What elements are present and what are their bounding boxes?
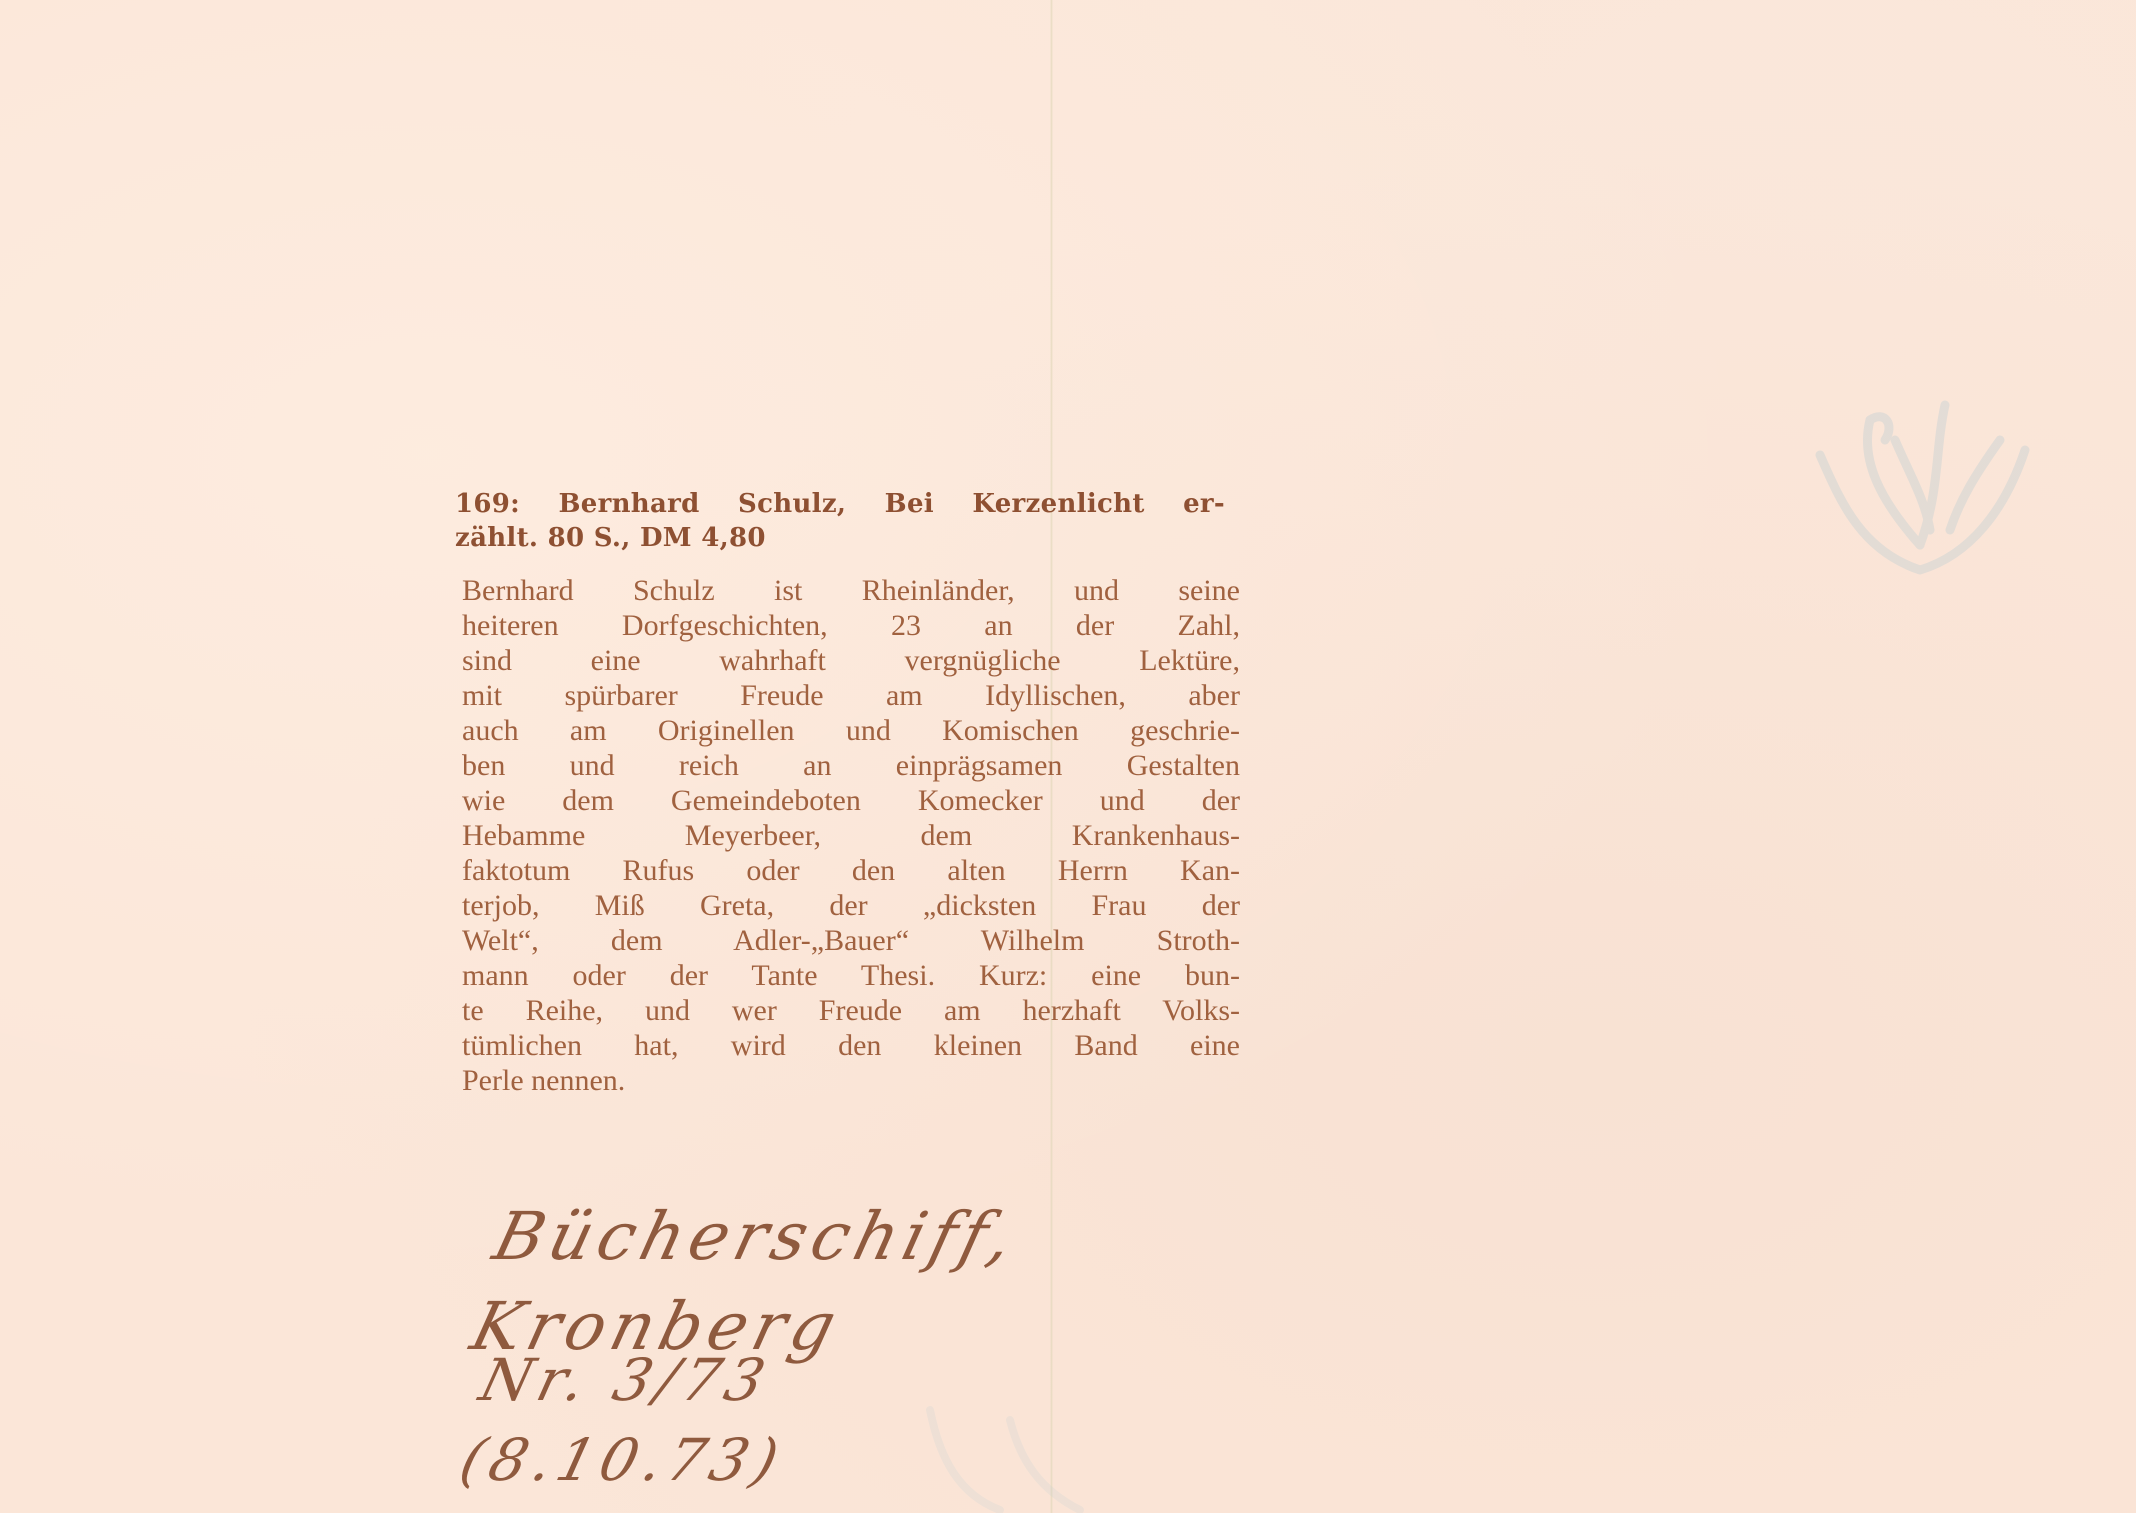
body-line: faktotum Rufus oder den alten Herrn Kan- xyxy=(462,853,1240,888)
body-line: te Reihe, und wer Freude am herzhaft Vol… xyxy=(462,993,1240,1028)
newspaper-clipping: 169: Bernhard Schulz, Bei Kerzenlicht er… xyxy=(455,487,1245,1098)
body-line: Bernhard Schulz ist Rheinländer, und sei… xyxy=(462,573,1240,608)
body-line: sind eine wahrhaft vergnügliche Lektüre, xyxy=(462,643,1240,678)
body-line: heiteren Dorfgeschichten, 23 an der Zahl… xyxy=(462,608,1240,643)
clipping-heading: 169: Bernhard Schulz, Bei Kerzenlicht er… xyxy=(455,487,1225,555)
body-line: Hebamme Meyerbeer, dem Krankenhaus- xyxy=(462,818,1240,853)
heading-line-1: 169: Bernhard Schulz, Bei Kerzenlicht er… xyxy=(455,487,1225,521)
body-line: wie dem Gemeindeboten Komecker und der xyxy=(462,783,1240,818)
body-line: Perle nennen. xyxy=(462,1063,1240,1098)
body-line: Welt“, dem Adler-„Bauer“ Wilhelm Stroth- xyxy=(462,923,1240,958)
body-line: tümlichen hat, wird den kleinen Band ein… xyxy=(462,1028,1240,1063)
clipping-body: Bernhard Schulz ist Rheinländer, und sei… xyxy=(462,573,1240,1098)
body-line: ben und reich an einprägsamen Gestalten xyxy=(462,748,1240,783)
body-line: terjob, Miß Greta, der „dicksten Frau de… xyxy=(462,888,1240,923)
body-line: mann oder der Tante Thesi. Kurz: eine bu… xyxy=(462,958,1240,993)
flower-watermark-icon xyxy=(1800,380,2040,590)
heading-line-2: zählt. 80 S., DM 4,80 xyxy=(455,521,1225,555)
handwritten-issue-note: Nr. 3/73 (8.10.73) xyxy=(452,1340,1072,1500)
body-line: mit spürbarer Freude am Idyllischen, abe… xyxy=(462,678,1240,713)
body-line: auch am Originellen und Komischen geschr… xyxy=(462,713,1240,748)
document-page: 169: Bernhard Schulz, Bei Kerzenlicht er… xyxy=(0,0,2136,1513)
